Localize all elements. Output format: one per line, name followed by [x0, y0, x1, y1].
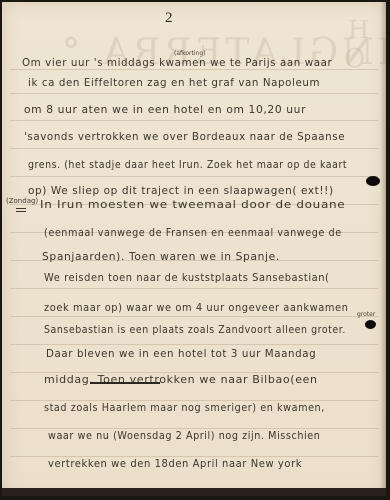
- ruled-line: [10, 69, 378, 70]
- crossed-out-text: [90, 382, 160, 384]
- text-line-1: Om vier uur 's middags kwamen we te Pari…: [22, 57, 332, 69]
- text-line-9: Spanjaarden). Toen waren we in Spanje.: [42, 251, 280, 263]
- ruled-line: [10, 456, 378, 457]
- text-line-5: grens. (het stadje daar heet Irun. Zoek …: [28, 159, 347, 171]
- text-line-14: middag. Toen vertrokken we naar Bilbao(e…: [44, 374, 318, 386]
- text-line-10: We reisden toen naar de kuststplaats San…: [44, 272, 329, 284]
- ruled-line: [10, 288, 378, 289]
- ruled-line: [10, 344, 378, 345]
- watermark-letter-h: H: [348, 16, 373, 44]
- ink-blot: [366, 176, 380, 186]
- ruled-line: [10, 148, 378, 149]
- text-line-13: Daar bleven we in een hotel tot 3 uur Ma…: [46, 348, 316, 360]
- text-line-12: Sansebastian is een plaats zoals Zandvoo…: [44, 324, 346, 336]
- margin-underline: [16, 211, 26, 212]
- ruled-line: [10, 120, 378, 121]
- text-line-4: 'savonds vertrokken we over Bordeaux naa…: [24, 131, 345, 143]
- margin-note-zondag: (Zondag): [6, 197, 38, 205]
- ruled-line: [10, 372, 378, 373]
- margin-underline: [16, 208, 26, 209]
- handwritten-letter-page: ° INGLATERRA H O 2 (afkorting) (Zondag) …: [2, 2, 386, 496]
- text-line-3: om 8 uur aten we in een hotel en om 10,2…: [24, 104, 306, 116]
- text-line-7: In Irun moesten we tweemaal door de doua…: [40, 199, 345, 211]
- ink-blot: [365, 320, 376, 329]
- ruled-line: [10, 400, 378, 401]
- text-line-8: (eenmaal vanwege de Fransen en eenmaal v…: [44, 227, 342, 239]
- text-line-11: zoek maar op) waar we om 4 uur ongeveer …: [44, 302, 348, 314]
- ruled-line: [10, 316, 378, 317]
- text-line-2: ik ca den Eiffeltoren zag en het graf va…: [28, 77, 320, 89]
- ruled-line: [10, 428, 378, 429]
- text-line-16: waar we nu (Woensdag 2 April) nog zijn. …: [48, 430, 320, 442]
- text-line-17: vertrekken we den 18den April naar New y…: [48, 458, 302, 470]
- annotation-groter: groter: [357, 311, 375, 318]
- page-edge-bottom: [2, 488, 386, 496]
- ruled-line: [10, 176, 378, 177]
- page-number: 2: [165, 10, 173, 27]
- text-line-6: op) We sliep op dit traject in een slaap…: [28, 185, 334, 197]
- page-edge-shadow: [380, 2, 386, 496]
- annotation-above-line1: (afkorting): [174, 50, 206, 57]
- text-line-15: stad zoals Haarlem maar nog smeriger) en…: [44, 402, 325, 414]
- ruled-line: [10, 93, 378, 94]
